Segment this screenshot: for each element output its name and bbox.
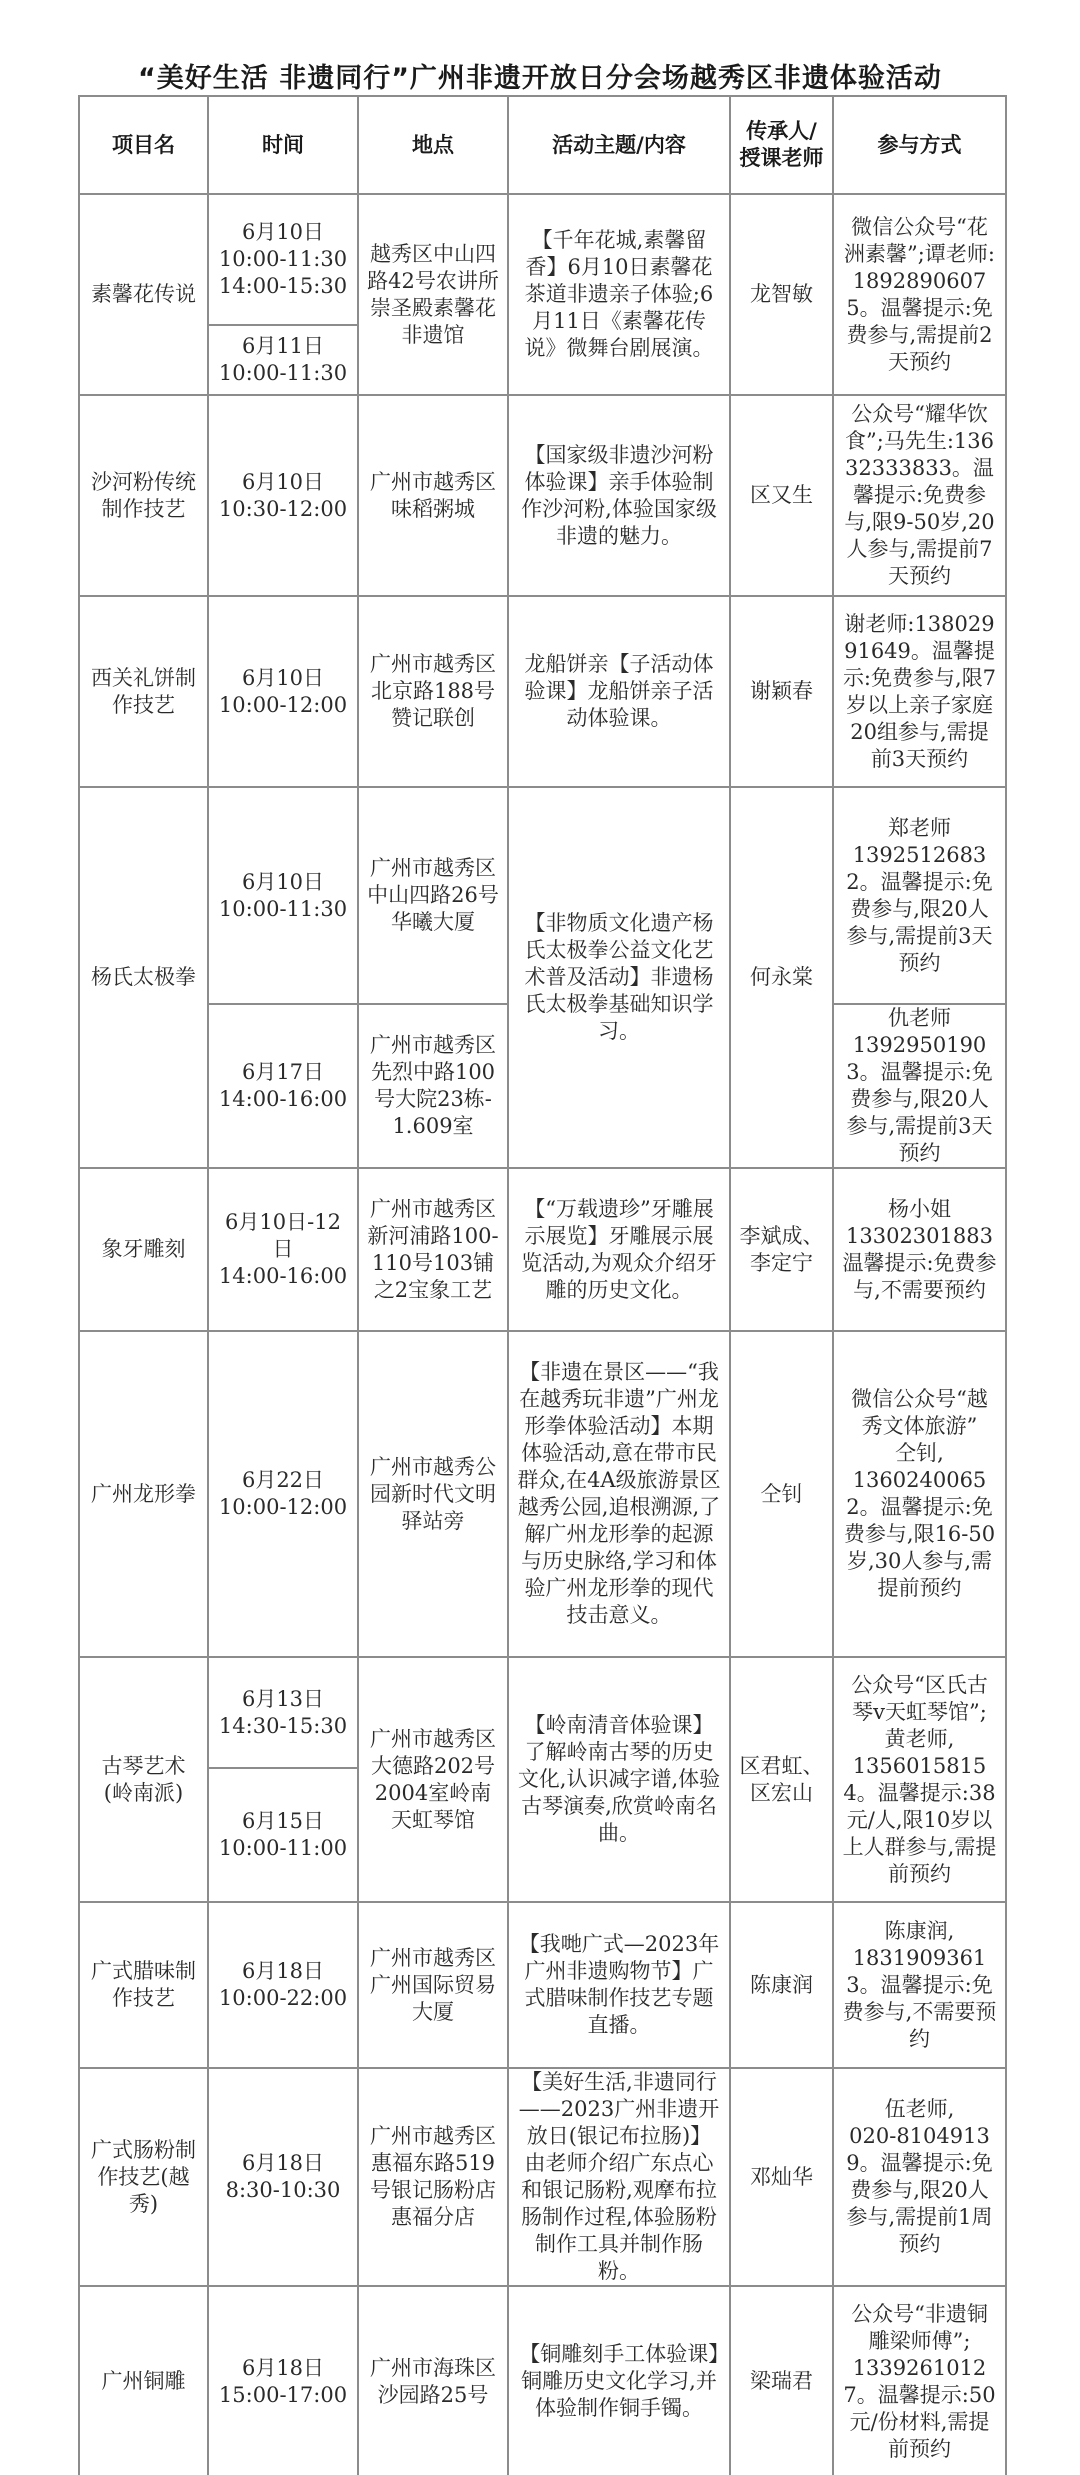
activity-cell: 龙船饼亲【子活动体验课】龙船饼亲子活动体验课。 [508,596,730,787]
table-row: 古琴艺术 (岭南派) 6月13日 14:30-15:30 广州市越秀区大德路20… [79,1657,1006,1768]
project-name: 古琴艺术 (岭南派) [79,1657,208,1902]
teacher-cell: 谢颖春 [730,596,833,787]
page-title: “美好生活 非遗同行”广州非遗开放日分会场越秀区非遗体验活动 [0,56,1080,95]
location-cell: 广州市越秀公园新时代文明驿站旁 [358,1331,508,1657]
teacher-cell: 区君虹、区宏山 [730,1657,833,1902]
table-row: 沙河粉传统制作技艺 6月10日 10:30-12:00 广州市越秀区味稻粥城 【… [79,395,1006,596]
header-time: 时间 [208,96,358,194]
project-name: 杨氏太极拳 [79,787,208,1168]
project-name: 象牙雕刻 [79,1168,208,1331]
participation-cell: 公众号“耀华饮食”;马先生:13632333833。温馨提示:免费参与,限9-5… [833,395,1006,596]
participation-cell: 杨小姐 13302301883 温馨提示:免费参与,不需要预约 [833,1168,1006,1331]
participation-cell: 仇老师 13929501903。温馨提示:免费参与,限20人参与,需提前3天预约 [833,1004,1006,1168]
time-cell: 6月10日 10:00-11:30 [208,787,358,1004]
table-row: 杨氏太极拳 6月10日 10:00-11:30 广州市越秀区中山四路26号华曦大… [79,787,1006,1004]
location-cell: 广州市越秀区大德路202号2004室岭南天虹琴馆 [358,1657,508,1902]
location-cell: 广州市越秀区先烈中路100号大院23栋-1.609室 [358,1004,508,1168]
table-row: 象牙雕刻 6月10日-12日 14:00-16:00 广州市越秀区新河浦路100… [79,1168,1006,1331]
time-cell: 6月18日 8:30-10:30 [208,2068,358,2286]
table-row: 广州铜雕 6月18日 15:00-17:00 广州市海珠区沙园路25号 【铜雕刻… [79,2286,1006,2475]
project-name: 广式肠粉制作技艺(越秀) [79,2068,208,2286]
time-cell: 6月18日 10:00-22:00 [208,1902,358,2068]
time-cell: 6月10日 10:00-12:00 [208,596,358,787]
participation-cell: 谢老师:13802991649。温馨提示:免费参与,限7岁以上亲子家庭20组参与… [833,596,1006,787]
project-name: 西关礼饼制作技艺 [79,596,208,787]
participation-cell: 微信公众号“越秀文体旅游” 仝钊, 13602400652。温馨提示:免费参与,… [833,1331,1006,1657]
table-row: 广式肠粉制作技艺(越秀) 6月18日 8:30-10:30 广州市越秀区惠福东路… [79,2068,1006,2286]
time-cell: 6月10日 10:30-12:00 [208,395,358,596]
time-cell: 6月11日 10:00-11:30 [208,325,358,395]
teacher-cell: 区又生 [730,395,833,596]
time-cell: 6月17日 14:00-16:00 [208,1004,358,1168]
participation-cell: 郑老师 13925126832。温馨提示:免费参与,限20人参与,需提前3天预约 [833,787,1006,1004]
project-name: 沙河粉传统制作技艺 [79,395,208,596]
header-location: 地点 [358,96,508,194]
teacher-cell: 何永棠 [730,787,833,1168]
activity-cell: 【我哋广式—2023年广州非遗购物节】广式腊味制作技艺专题直播。 [508,1902,730,2068]
time-cell: 6月10日-12日 14:00-16:00 [208,1168,358,1331]
time-cell: 6月13日 14:30-15:30 [208,1657,358,1768]
teacher-cell: 梁瑞君 [730,2286,833,2475]
header-teacher: 传承人/ 授课老师 [730,96,833,194]
teacher-cell: 仝钊 [730,1331,833,1657]
location-cell: 越秀区中山四路42号农讲所崇圣殿素馨花非遗馆 [358,194,508,395]
activity-cell: 【非遗在景区——“我在越秀玩非遗”广州龙形拳体验活动】本期体验活动,意在带市民群… [508,1331,730,1657]
table-row: 广式腊味制作技艺 6月18日 10:00-22:00 广州市越秀区广州国际贸易大… [79,1902,1006,2068]
activity-cell: 【千年花城,素馨留香】6月10日素馨花茶道非遗亲子体验;6月11日《素馨花传说》… [508,194,730,395]
activity-cell: 【铜雕刻手工体验课】铜雕历史文化学习,并体验制作铜手镯。 [508,2286,730,2475]
participation-cell: 公众号“非遗铜雕梁师傅”; 13392610127。温馨提示:50元/份材料,需… [833,2286,1006,2475]
activity-cell: 【岭南清音体验课】了解岭南古琴的历史文化,认识减字谱,体验古琴演奏,欣赏岭南名曲… [508,1657,730,1902]
table-row: 西关礼饼制作技艺 6月10日 10:00-12:00 广州市越秀区北京路188号… [79,596,1006,787]
table-header-row: 项目名 时间 地点 活动主题/内容 传承人/ 授课老师 参与方式 [79,96,1006,194]
header-activity: 活动主题/内容 [508,96,730,194]
teacher-cell: 李斌成、李定宁 [730,1168,833,1331]
activity-cell: 【美好生活,非遗同行——2023广州非遗开放日(银记布拉肠)】由老师介绍广东点心… [508,2068,730,2286]
project-name: 素馨花传说 [79,194,208,395]
activity-cell: 【非物质文化遗产杨氏太极拳公益文化艺术普及活动】非遗杨氏太极拳基础知识学习。 [508,787,730,1168]
header-participation: 参与方式 [833,96,1006,194]
location-cell: 广州市越秀区广州国际贸易大厦 [358,1902,508,2068]
time-cell: 6月18日 15:00-17:00 [208,2286,358,2475]
location-cell: 广州市越秀区新河浦路100-110号103铺之2宝象工艺 [358,1168,508,1331]
activity-schedule-table: 项目名 时间 地点 活动主题/内容 传承人/ 授课老师 参与方式 素馨花传说 6… [78,95,1007,2475]
location-cell: 广州市越秀区中山四路26号华曦大厦 [358,787,508,1004]
participation-cell: 公众号“区氏古琴v天虹琴馆”; 黄老师, 13560158154。温馨提示:38… [833,1657,1006,1902]
teacher-cell: 陈康润 [730,1902,833,2068]
activity-cell: 【“万载遗珍”牙雕展示展览】牙雕展示展览活动,为观众介绍牙雕的历史文化。 [508,1168,730,1331]
location-cell: 广州市海珠区沙园路25号 [358,2286,508,2475]
participation-cell: 伍老师, 020-81049139。温馨提示:免费参与,限20人参与,需提前1周… [833,2068,1006,2286]
location-cell: 广州市越秀区北京路188号赞记联创 [358,596,508,787]
teacher-cell: 邓灿华 [730,2068,833,2286]
time-cell: 6月10日 10:00-11:30 14:00-15:30 [208,194,358,325]
location-cell: 广州市越秀区惠福东路519号银记肠粉店惠福分店 [358,2068,508,2286]
participation-cell: 微信公众号“花洲素馨”;谭老师:18928906075。温馨提示:免费参与,需提… [833,194,1006,395]
time-cell: 6月22日 10:00-12:00 [208,1331,358,1657]
project-name: 广式腊味制作技艺 [79,1902,208,2068]
activity-cell: 【国家级非遗沙河粉体验课】亲手体验制作沙河粉,体验国家级非遗的魅力。 [508,395,730,596]
teacher-cell: 龙智敏 [730,194,833,395]
participation-cell: 陈康润, 18319093613。温馨提示:免费参与,不需要预约 [833,1902,1006,2068]
location-cell: 广州市越秀区味稻粥城 [358,395,508,596]
table-row: 素馨花传说 6月10日 10:00-11:30 14:00-15:30 越秀区中… [79,194,1006,325]
time-cell: 6月15日 10:00-11:00 [208,1768,358,1902]
project-name: 广州铜雕 [79,2286,208,2475]
header-project: 项目名 [79,96,208,194]
table-row: 广州龙形拳 6月22日 10:00-12:00 广州市越秀公园新时代文明驿站旁 … [79,1331,1006,1657]
project-name: 广州龙形拳 [79,1331,208,1657]
